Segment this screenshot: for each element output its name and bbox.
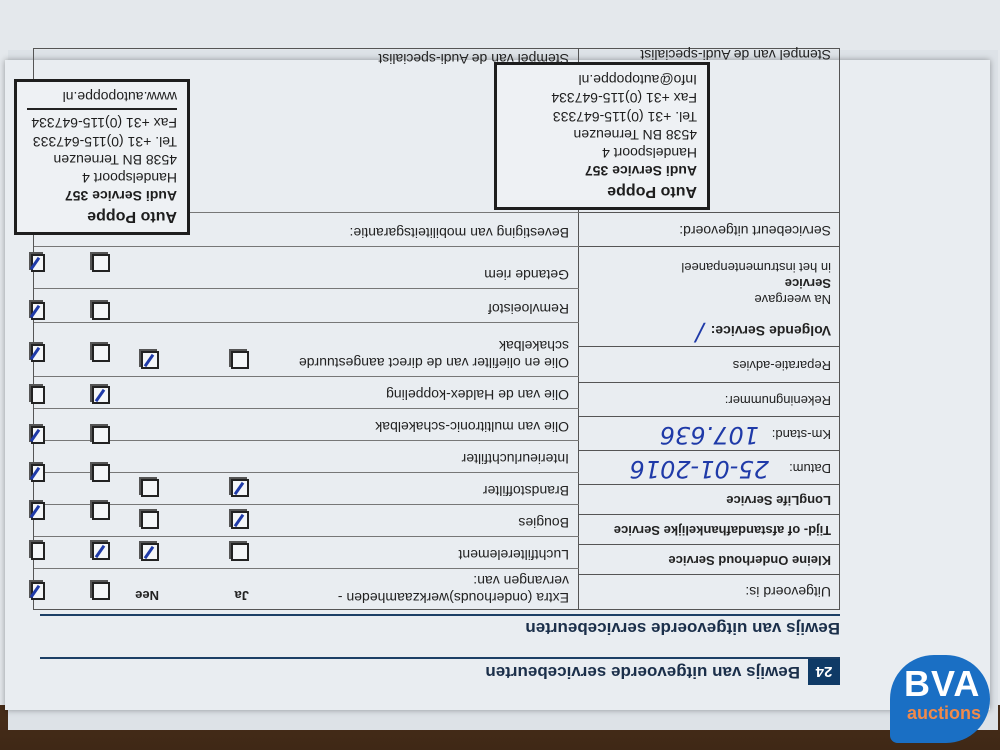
nee-checkbox[interactable] [31, 302, 45, 320]
ja-checkbox[interactable] [92, 502, 110, 520]
service-type-row: Kleine Onderhoud Service [579, 544, 839, 575]
service-type-row: LongLife Service [579, 484, 839, 515]
datum-row: Datum: 25-01-2016 [579, 450, 839, 485]
extra-item-row: Getande riem [34, 246, 579, 289]
bva-auctions-logo: BVA auctions [890, 655, 990, 743]
dealer-stamp-middle: Auto Poppe Audi Service 357 Handelspoort… [494, 62, 710, 210]
dealer-stamp-right: Auto Poppe Audi Service 357 Handelspoort… [14, 79, 190, 235]
nee-checkbox[interactable] [31, 426, 45, 444]
extra-item-row: Olie van multitronic-schakelbak [34, 408, 579, 441]
extra-item-row: Luchtfilterelement [34, 536, 579, 569]
nee-checkbox[interactable] [31, 344, 45, 362]
extra-item-row: Remvloeistof [34, 288, 579, 323]
nee-checkbox[interactable] [141, 351, 159, 369]
nee-checkbox[interactable] [31, 464, 45, 482]
rekening-row: Rekeningnummer: [579, 382, 839, 417]
section-header: Bewijs van uitgevoerde servicebeurten [40, 614, 840, 640]
page-header: 24 Bewijs van uitgevoerde servicebeurten [40, 657, 840, 685]
nee-checkbox[interactable] [31, 254, 45, 272]
ja-checkbox[interactable] [92, 344, 110, 362]
ja-checkbox[interactable] [92, 582, 110, 600]
section-title: Bewijs van uitgevoerde servicebeurten [525, 618, 840, 638]
ja-checkbox[interactable] [92, 386, 110, 404]
booklet-page-rotated: 24 Bewijs van uitgevoerde servicebeurten… [0, 0, 1000, 750]
ja-checkbox[interactable] [231, 351, 249, 369]
nee-checkbox[interactable] [141, 511, 159, 529]
nee-checkbox[interactable] [31, 542, 45, 560]
nee-checkbox[interactable] [31, 582, 45, 600]
extra-item-row: Olie van de Haldex-koppeling [34, 376, 579, 409]
extra-item-row: Interieurluchtfilter [34, 440, 579, 473]
ja-checkbox[interactable] [231, 479, 249, 497]
nee-checkbox[interactable] [141, 479, 159, 497]
ja-checkbox[interactable] [92, 302, 110, 320]
service-booklet-page: 24 Bewijs van uitgevoerde servicebeurten… [5, 60, 990, 710]
ja-checkbox[interactable] [92, 542, 110, 560]
header-title: Bewijs van uitgevoerde servicebeurten [485, 662, 800, 682]
km-row: Km-stand: 107.636 [579, 416, 839, 451]
page-number: 24 [808, 659, 840, 685]
km-handwritten: 107.636 [660, 421, 759, 449]
ja-checkbox[interactable] [231, 511, 249, 529]
extra-item-row: Olie en oliefilter van de direct aangest… [34, 322, 579, 377]
reparatie-row: Reparatie-advies [579, 346, 839, 383]
datum-handwritten: 25-01-2016 [630, 455, 769, 483]
uitgevoerd-row: Uitgevoerd is: [579, 574, 839, 609]
nee-checkbox[interactable] [31, 502, 45, 520]
servicebeurt-row: Servicebeurt uitgevoerd: [579, 212, 839, 247]
nee-checkbox[interactable] [141, 543, 159, 561]
extra-item-row: Bougies [34, 504, 579, 537]
nee-checkbox[interactable] [31, 386, 45, 404]
ja-checkbox[interactable] [92, 426, 110, 444]
ja-checkbox[interactable] [92, 464, 110, 482]
ja-checkbox[interactable] [92, 254, 110, 272]
extra-item-row: Brandstoffilter [34, 472, 579, 505]
volgende-service-row: Volgende Service: / Na weergave Service … [579, 246, 839, 347]
service-type-row: Tijd- of afstandafhankelijke Service [579, 514, 839, 545]
ja-checkbox[interactable] [231, 543, 249, 561]
extra-heading-row: Extra (onderhouds)werkzaamheden - vervan… [34, 568, 579, 609]
